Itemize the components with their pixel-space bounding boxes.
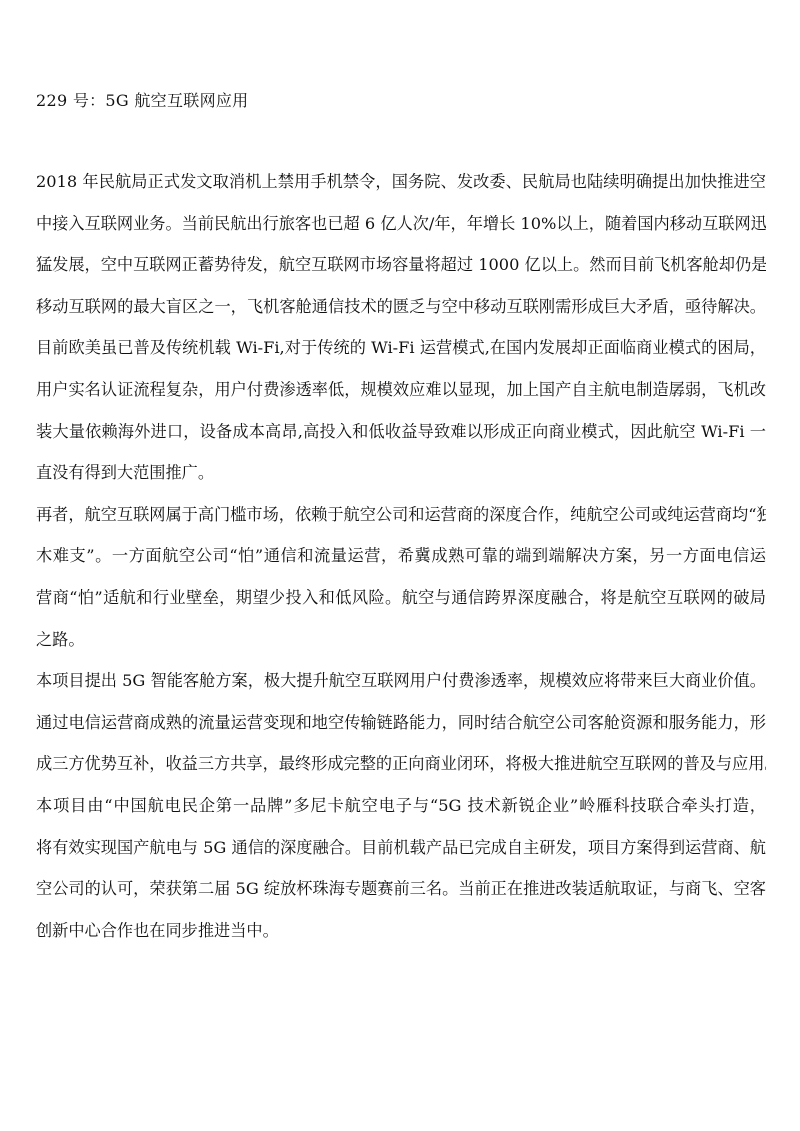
- text-line: 本项目提出 5G 智能客舱方案，极大提升航空互联网用户付费渗透率，规模效应将带来…: [36, 667, 766, 709]
- text-line: 通过电信运营商成熟的流量运营变现和地空传输链路能力，同时结合航空公司客舱资源和服…: [36, 709, 766, 751]
- text-line: 营商“怕”适航和行业壁垒，期望少投入和低风险。航空与通信跨界深度融合，将是航空互…: [36, 584, 766, 626]
- text-line: 本项目由“中国航电民企第一品牌”多尼卡航空电子与“5G 技术新锐企业”岭雁科技联…: [36, 792, 766, 834]
- text-line: 空公司的认可，荣获第二届 5G 绽放杯珠海专题赛前三名。当前正在推进改装适航取证…: [36, 875, 766, 917]
- paragraph-2: 目前欧美虽已普及传统机载 Wi-Fi,对于传统的 Wi-Fi 运营模式,在国内发…: [36, 334, 766, 500]
- text-line: 直没有得到大范围推广。: [36, 459, 766, 501]
- text-line: 创新中心合作也在同步推进当中。: [36, 917, 766, 959]
- paragraph-1: 2018 年民航局正式发文取消机上禁用手机禁令，国务院、发改委、民航局也陆续明确…: [36, 168, 766, 334]
- text-line: 成三方优势互补，收益三方共享，最终形成完整的正向商业闭环，将极大推进航空互联网的…: [36, 750, 766, 792]
- text-line: 中接入互联网业务。当前民航出行旅客也已超 6 亿人次/年，年增长 10%以上，随…: [36, 210, 766, 252]
- text-line: 猛发展，空中互联网正蓄势待发，航空互联网市场容量将超过 1000 亿以上。然而目…: [36, 251, 766, 293]
- document-page: 229 号：5G 航空互联网应用 2018 年民航局正式发文取消机上禁用手机禁令…: [0, 0, 800, 1131]
- document-body: 2018 年民航局正式发文取消机上禁用手机禁令，国务院、发改委、民航局也陆续明确…: [36, 168, 766, 958]
- text-line: 用户实名认证流程复杂，用户付费渗透率低，规模效应难以显现，加上国产自主航电制造孱…: [36, 376, 766, 418]
- text-line: 之路。: [36, 626, 766, 668]
- text-line: 木难支”。一方面航空公司“怕”通信和流量运营，希冀成熟可靠的端到端解决方案，另一…: [36, 542, 766, 584]
- text-line: 目前欧美虽已普及传统机载 Wi-Fi,对于传统的 Wi-Fi 运营模式,在国内发…: [36, 334, 766, 376]
- paragraph-3: 再者，航空互联网属于高门槛市场，依赖于航空公司和运营商的深度合作，纯航空公司或纯…: [36, 501, 766, 667]
- text-line: 再者，航空互联网属于高门槛市场，依赖于航空公司和运营商的深度合作，纯航空公司或纯…: [36, 501, 766, 543]
- text-line: 2018 年民航局正式发文取消机上禁用手机禁令，国务院、发改委、民航局也陆续明确…: [36, 168, 766, 210]
- paragraph-5: 本项目由“中国航电民企第一品牌”多尼卡航空电子与“5G 技术新锐企业”岭雁科技联…: [36, 792, 766, 958]
- document-title: 229 号：5G 航空互联网应用: [36, 88, 248, 111]
- text-line: 装大量依赖海外进口，设备成本高昂,高投入和低收益导致难以形成正向商业模式，因此航…: [36, 418, 766, 460]
- paragraph-4: 本项目提出 5G 智能客舱方案，极大提升航空互联网用户付费渗透率，规模效应将带来…: [36, 667, 766, 792]
- text-line: 移动互联网的最大盲区之一，飞机客舱通信技术的匮乏与空中移动互联刚需形成巨大矛盾，…: [36, 293, 766, 335]
- text-line: 将有效实现国产航电与 5G 通信的深度融合。目前机载产品已完成自主研发，项目方案…: [36, 834, 766, 876]
